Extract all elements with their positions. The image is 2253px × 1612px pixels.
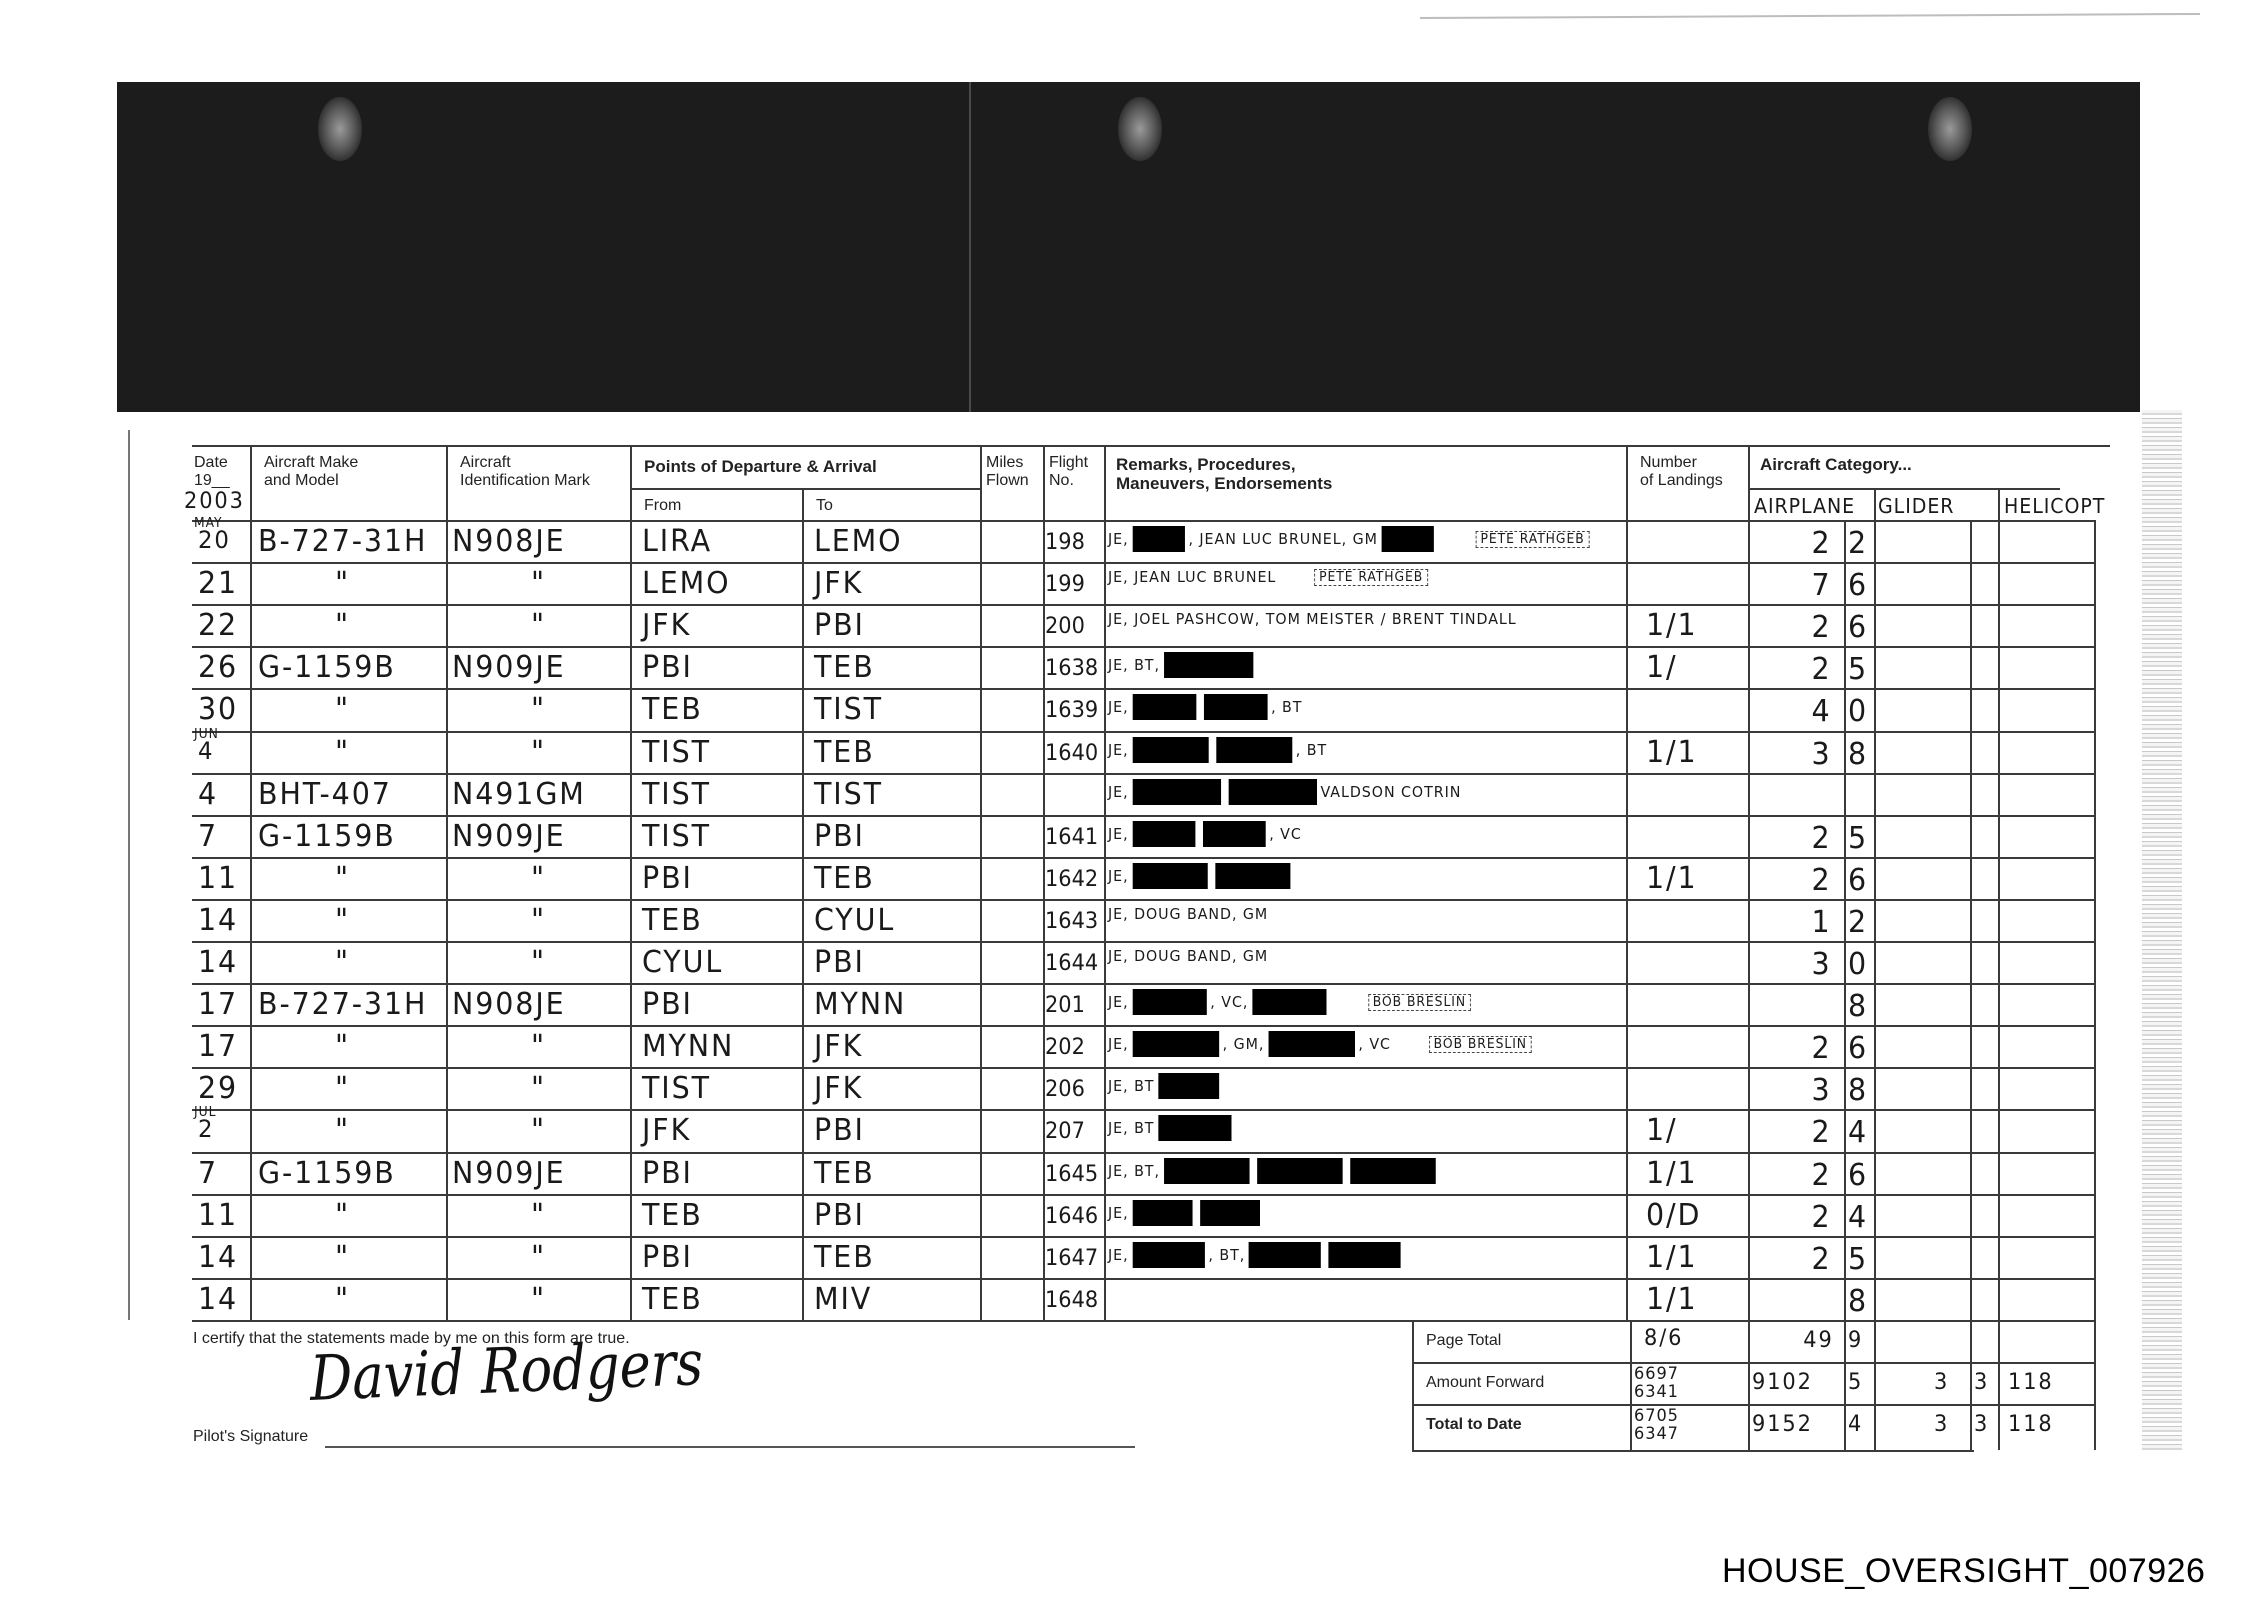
remarks-text: JE, <box>1108 825 1129 843</box>
row-ident: " <box>531 1282 546 1317</box>
header-miles: Miles <box>986 453 1023 472</box>
redaction-bar <box>1132 863 1207 889</box>
redaction-bar <box>1268 1031 1354 1057</box>
redaction-bar <box>1215 863 1290 889</box>
row-flight-number: 1642 <box>1045 867 1098 892</box>
remarks-text: JE, <box>1108 741 1129 759</box>
header-miles: Flown <box>986 471 1029 490</box>
totals-airplane-tenths: 4 <box>1848 1412 1863 1437</box>
row-date: 4 <box>198 777 218 812</box>
row-ident: N909JE <box>452 819 566 854</box>
redaction-bar <box>1132 1200 1192 1226</box>
row-ident: " <box>531 903 546 938</box>
column-divider <box>802 488 804 1320</box>
totals-glider-hours: 3 <box>1934 1370 1949 1395</box>
row-flight-number: 201 <box>1045 993 1085 1018</box>
row-airplane-tenths: 6 <box>1848 863 1868 898</box>
row-ident: N909JE <box>452 1156 566 1191</box>
redaction-bar <box>1132 989 1206 1015</box>
column-divider <box>1970 520 1972 1320</box>
row-remarks: JE,, BT, <box>1108 1242 1405 1268</box>
row-flight-number: 198 <box>1045 530 1085 555</box>
header-make: and Model <box>264 471 339 490</box>
row-divider <box>192 899 2094 901</box>
row-flight-number: 1644 <box>1045 951 1098 976</box>
remarks-text: JE, <box>1108 1035 1129 1053</box>
row-flight-number: 206 <box>1045 1077 1085 1102</box>
row-date: 2 <box>198 1115 214 1143</box>
redaction-bar <box>1200 1200 1260 1226</box>
year-value: 2003 <box>184 489 245 514</box>
row-date: 29 <box>198 1071 238 1106</box>
header-remarks: Maneuvers, Endorsements <box>1116 474 1332 493</box>
row-remarks: JE, <box>1108 1200 1263 1226</box>
row-to: TEB <box>814 1156 875 1191</box>
totals-divider <box>1874 1320 1876 1450</box>
row-from: TEB <box>642 692 703 727</box>
row-divider <box>192 1025 2094 1027</box>
row-from: TIST <box>642 777 711 812</box>
row-divider <box>192 941 2094 943</box>
scan-edge-line <box>1420 13 2200 19</box>
page-edge <box>128 430 130 1320</box>
row-airplane-hours: 2 <box>1748 1242 1832 1277</box>
redaction-bar <box>1350 1158 1436 1184</box>
header-flight: Flight <box>1049 453 1088 472</box>
row-landings: 0/D <box>1646 1198 1701 1233</box>
row-flight-number: 1643 <box>1045 909 1098 934</box>
row-divider <box>192 983 2094 985</box>
row-flight-number: 1647 <box>1045 1246 1098 1271</box>
row-from: PBI <box>642 987 693 1022</box>
header-landings: Number <box>1640 453 1697 472</box>
row-make: " <box>335 945 350 980</box>
row-airplane-tenths: 6 <box>1848 1031 1868 1066</box>
row-remarks: JE,, BT <box>1108 694 1302 720</box>
row-to: PBI <box>814 819 865 854</box>
header-points: Points of Departure & Arrival <box>644 457 877 476</box>
row-ident: N491GM <box>452 777 586 812</box>
row-from: MYNN <box>642 1029 734 1064</box>
row-airplane-hours: 2 <box>1748 526 1832 561</box>
row-to: TEB <box>814 1240 875 1275</box>
row-landings: 1/1 <box>1646 1156 1698 1191</box>
header-landings: of Landings <box>1640 471 1723 490</box>
header-remarks: Remarks, Procedures, <box>1116 455 1296 474</box>
row-to: JFK <box>814 1071 863 1106</box>
totals-glider-tenths: 3 <box>1974 1370 1989 1395</box>
row-make: " <box>335 1029 350 1064</box>
row-divider <box>192 773 2094 775</box>
row-from: CYUL <box>642 945 723 980</box>
totals-airplane-hours: 9102 <box>1752 1370 1834 1395</box>
signature-label: Pilot's Signature <box>193 1428 308 1446</box>
row-to: PBI <box>814 1113 865 1148</box>
row-flight-number: 1641 <box>1045 825 1098 850</box>
row-date: 26 <box>198 650 238 685</box>
row-airplane-hours: 2 <box>1748 1158 1832 1193</box>
row-remarks: JE, JEAN LUC BRUNELPETE RATHGEB <box>1108 568 1428 586</box>
row-flight-number: 1645 <box>1045 1162 1098 1187</box>
punch-hole-icon <box>1118 97 1162 161</box>
row-airplane-hours: 2 <box>1748 652 1832 687</box>
header-split <box>1748 488 2060 490</box>
punch-hole-icon <box>1928 97 1972 161</box>
row-ident: N908JE <box>452 987 566 1022</box>
totals-airplane-hours: 49 <box>1752 1328 1834 1353</box>
row-to: TEB <box>814 735 875 770</box>
header-date: Date <box>194 453 228 472</box>
row-ident: " <box>531 1029 546 1064</box>
row-airplane-tenths: 8 <box>1848 1284 1868 1319</box>
redaction-bar <box>1132 821 1195 847</box>
row-airplane-tenths: 2 <box>1848 905 1868 940</box>
row-remarks: JE,, BT <box>1108 737 1327 763</box>
row-divider <box>192 646 2094 648</box>
column-divider <box>1874 488 1876 1320</box>
row-from: TIST <box>642 1071 711 1106</box>
row-ident: " <box>531 945 546 980</box>
row-divider <box>192 1320 2094 1322</box>
remarks-text: JE, BT <box>1108 1119 1154 1137</box>
row-divider <box>192 731 2094 733</box>
row-make: " <box>335 1240 350 1275</box>
row-to: PBI <box>814 608 865 643</box>
row-date: 14 <box>198 903 238 938</box>
row-from: JFK <box>642 1113 691 1148</box>
remarks-text: , GM, <box>1223 1035 1265 1053</box>
row-divider <box>192 857 2094 859</box>
redaction-bar <box>1132 779 1220 805</box>
redaction-bar <box>1158 1115 1231 1141</box>
row-landings: 1/1 <box>1646 1240 1698 1275</box>
row-from: PBI <box>642 861 693 896</box>
row-to: JFK <box>814 566 863 601</box>
remarks-text: JE, <box>1108 867 1129 885</box>
row-flight-number: 1646 <box>1045 1204 1098 1229</box>
punch-hole-icon <box>318 97 362 161</box>
table-top-border <box>192 445 2110 447</box>
header-make: Aircraft Make <box>264 453 358 472</box>
row-ident: " <box>531 1198 546 1233</box>
row-divider <box>192 1236 2094 1238</box>
row-airplane-hours: 3 <box>1748 1073 1832 1108</box>
header-from: From <box>644 496 681 515</box>
totals-row-divider <box>1412 1362 2094 1364</box>
row-airplane-hours: 2 <box>1748 821 1832 856</box>
row-remarks: JE,, JEAN LUC BRUNEL, GMPETE RATHGEB <box>1108 526 1589 552</box>
row-make: " <box>335 1113 350 1148</box>
row-ident: " <box>531 1240 546 1275</box>
remarks-text: JE, JEAN LUC BRUNEL <box>1108 568 1276 586</box>
row-airplane-tenths: 4 <box>1848 1115 1868 1150</box>
row-divider <box>192 1109 2094 1111</box>
header-category: Aircraft Category... <box>1760 455 1912 474</box>
row-airplane-tenths: 8 <box>1848 737 1868 772</box>
redaction-bar <box>1204 694 1268 720</box>
row-airplane-tenths: 6 <box>1848 1158 1868 1193</box>
page-fold-line <box>969 82 971 412</box>
row-date: 14 <box>198 945 238 980</box>
row-make: " <box>335 608 350 643</box>
row-divider <box>192 562 2094 564</box>
row-remarks: JE, BT, <box>1108 1158 1439 1184</box>
row-flight-number: 207 <box>1045 1119 1085 1144</box>
row-remarks: JE,VALDSON COTRIN <box>1108 779 1461 805</box>
remarks-boxed-name: PETE RATHGEB <box>1476 531 1590 548</box>
totals-landings: 8/6 <box>1644 1326 1683 1351</box>
row-ident: " <box>531 608 546 643</box>
row-from: TIST <box>642 819 711 854</box>
row-landings: 1/ <box>1646 1113 1678 1148</box>
row-from: PBI <box>642 1156 693 1191</box>
row-make: " <box>335 566 350 601</box>
header-ident: Aircraft <box>460 453 511 472</box>
remarks-text: , VC <box>1269 825 1302 843</box>
row-date: 11 <box>198 1198 238 1233</box>
row-landings: 1/1 <box>1646 735 1698 770</box>
row-divider <box>192 1278 2094 1280</box>
row-make: BHT-407 <box>258 777 392 812</box>
row-from: PBI <box>642 650 693 685</box>
totals-glider-tenths: 3 <box>1974 1412 1989 1437</box>
row-date: 11 <box>198 861 238 896</box>
totals-landings: 6705 <box>1634 1406 1679 1426</box>
remarks-text: , BT, <box>1208 1246 1245 1264</box>
redaction-bar <box>1329 1242 1401 1268</box>
redaction-bar <box>1216 737 1292 763</box>
totals-divider <box>1970 1320 1972 1450</box>
row-divider <box>192 520 2094 522</box>
row-airplane-tenths: 2 <box>1848 526 1868 561</box>
row-to: PBI <box>814 1198 865 1233</box>
row-airplane-hours: 2 <box>1748 610 1832 645</box>
redaction-bar <box>1132 737 1208 763</box>
row-remarks: JE,, VC <box>1108 821 1302 847</box>
totals-divider <box>1630 1320 1632 1450</box>
row-remarks: JE, BT, <box>1108 652 1257 678</box>
totals-divider <box>1748 1320 1750 1450</box>
row-date: 14 <box>198 1240 238 1275</box>
redaction-bar <box>1203 821 1266 847</box>
remarks-text: JE, <box>1108 993 1129 1011</box>
row-remarks: JE, <box>1108 863 1294 889</box>
redaction-bar <box>1132 1242 1204 1268</box>
row-make: " <box>335 692 350 727</box>
row-divider <box>192 1152 2094 1154</box>
column-divider <box>1626 445 1628 1320</box>
row-ident: " <box>531 735 546 770</box>
row-make: " <box>335 903 350 938</box>
remarks-boxed-name: BOB BRESLIN <box>1429 1036 1532 1053</box>
header-ident: Identification Mark <box>460 471 590 490</box>
remarks-text: JE, <box>1108 1204 1129 1222</box>
row-date: 20 <box>198 526 231 554</box>
row-date: 7 <box>198 819 218 854</box>
row-remarks: JE, DOUG BAND, GM <box>1108 905 1268 923</box>
bates-number: HOUSE_OVERSIGHT_007926 <box>1722 1552 2205 1591</box>
row-remarks: JE, DOUG BAND, GM <box>1108 947 1268 965</box>
row-date: 14 <box>198 1282 238 1317</box>
totals-row-divider <box>1412 1404 2094 1406</box>
totals-helicopter: 118 <box>2008 1370 2054 1395</box>
totals-airplane-tenths: 9 <box>1848 1328 1863 1353</box>
row-to: TEB <box>814 861 875 896</box>
redaction-bar <box>1382 526 1434 552</box>
row-airplane-hours: 2 <box>1748 1031 1832 1066</box>
column-divider <box>250 445 252 1320</box>
totals-landings: 6341 <box>1634 1382 1679 1402</box>
row-from: LIRA <box>642 524 712 559</box>
row-date: 4 <box>198 737 214 765</box>
row-divider <box>192 1067 2094 1069</box>
row-from: PBI <box>642 1240 693 1275</box>
column-divider <box>1844 520 1846 1320</box>
row-make: " <box>335 861 350 896</box>
row-ident: " <box>531 1113 546 1148</box>
header-split <box>630 488 980 490</box>
row-flight-number: 1640 <box>1045 741 1098 766</box>
totals-border <box>1412 1320 1414 1450</box>
row-airplane-tenths: 8 <box>1848 989 1868 1024</box>
totals-landings: 6347 <box>1634 1424 1679 1444</box>
remarks-text: , BT <box>1296 741 1327 759</box>
column-divider <box>1104 445 1106 1320</box>
row-ident: " <box>531 1071 546 1106</box>
row-make: B-727-31H <box>258 987 427 1022</box>
row-airplane-tenths: 5 <box>1848 1242 1868 1277</box>
row-make: G-1159B <box>258 819 396 854</box>
remarks-text: JE, BT, <box>1108 656 1160 674</box>
remarks-text: JE, <box>1108 1246 1129 1264</box>
category-glider: GLIDER <box>1878 494 1954 518</box>
row-from: TEB <box>642 1282 703 1317</box>
row-from: JFK <box>642 608 691 643</box>
remarks-text: JE, DOUG BAND, GM <box>1108 905 1268 923</box>
row-to: TEB <box>814 650 875 685</box>
row-airplane-hours: 2 <box>1748 1200 1832 1235</box>
redaction-bar <box>1257 1158 1343 1184</box>
row-remarks: JE,, VC,BOB BRESLIN <box>1108 989 1471 1015</box>
remarks-text: JE, BT, <box>1108 1162 1160 1180</box>
row-to: TIST <box>814 692 883 727</box>
row-ident: N909JE <box>452 650 566 685</box>
remarks-text: JE, <box>1108 783 1129 801</box>
row-ident: " <box>531 566 546 601</box>
totals-label: Page Total <box>1426 1332 1501 1350</box>
row-to: TIST <box>814 777 883 812</box>
redaction-bar <box>1252 989 1326 1015</box>
row-remarks: JE,, GM,, VCBOB BRESLIN <box>1108 1031 1532 1057</box>
row-make: " <box>335 735 350 770</box>
remarks-text: JE, <box>1108 698 1129 716</box>
row-date: 17 <box>198 987 238 1022</box>
row-airplane-hours: 2 <box>1748 863 1832 898</box>
row-airplane-hours: 2 <box>1748 1115 1832 1150</box>
row-date: 17 <box>198 1029 238 1064</box>
totals-label: Amount Forward <box>1426 1374 1544 1392</box>
row-landings: 1/ <box>1646 650 1678 685</box>
row-make: " <box>335 1198 350 1233</box>
row-to: LEMO <box>814 524 903 559</box>
remarks-text: JE, JOEL PASHCOW, TOM MEISTER / BRENT TI… <box>1108 610 1517 628</box>
redaction-bar <box>1132 694 1196 720</box>
row-remarks: JE, BT <box>1108 1073 1223 1099</box>
row-make: B-727-31H <box>258 524 427 559</box>
row-flight-number: 1648 <box>1045 1288 1098 1313</box>
row-make: G-1159B <box>258 1156 396 1191</box>
row-flight-number: 199 <box>1045 572 1085 597</box>
row-airplane-tenths: 6 <box>1848 568 1868 603</box>
category-helicopter: HELICOPT <box>2004 494 2105 518</box>
totals-helicopter: 118 <box>2008 1412 2054 1437</box>
remarks-text: , JEAN LUC BRUNEL, GM <box>1188 530 1377 548</box>
remarks-text: , BT <box>1271 698 1302 716</box>
row-date: 21 <box>198 566 238 601</box>
column-divider <box>446 445 448 1320</box>
column-divider <box>2094 520 2096 1320</box>
row-from: TEB <box>642 1198 703 1233</box>
totals-row-divider <box>1412 1450 1974 1452</box>
totals-divider <box>1844 1320 1846 1450</box>
row-divider <box>192 604 2094 606</box>
row-date: 30 <box>198 692 238 727</box>
header-flight: No. <box>1049 471 1074 490</box>
totals-landings: 6697 <box>1634 1364 1679 1384</box>
redaction-bar <box>1132 526 1184 552</box>
row-airplane-hours: 3 <box>1748 947 1832 982</box>
row-landings: 1/1 <box>1646 1282 1698 1317</box>
row-remarks: JE, JOEL PASHCOW, TOM MEISTER / BRENT TI… <box>1108 610 1517 628</box>
column-divider <box>630 445 632 1320</box>
row-landings: 1/1 <box>1646 861 1698 896</box>
redaction-bar <box>1158 1073 1219 1099</box>
row-to: CYUL <box>814 903 895 938</box>
scan-noise <box>2142 410 2182 1450</box>
row-airplane-hours: 1 <box>1748 905 1832 940</box>
redaction-bar <box>1132 1031 1218 1057</box>
row-airplane-hours: 3 <box>1748 737 1832 772</box>
remarks-text: , VC <box>1358 1035 1391 1053</box>
redaction-bar <box>1164 1158 1250 1184</box>
remarks-boxed-name: BOB BRESLIN <box>1368 994 1471 1011</box>
row-from: TIST <box>642 735 711 770</box>
row-to: MYNN <box>814 987 906 1022</box>
row-from: TEB <box>642 903 703 938</box>
row-landings: 1/1 <box>1646 608 1698 643</box>
remarks-text: JE, BT <box>1108 1077 1154 1095</box>
column-divider <box>1998 488 2000 1320</box>
row-make: G-1159B <box>258 650 396 685</box>
totals-glider-hours: 3 <box>1934 1412 1949 1437</box>
category-airplane: AIRPLANE <box>1754 494 1855 518</box>
row-airplane-tenths: 5 <box>1848 821 1868 856</box>
row-airplane-hours: 4 <box>1748 694 1832 729</box>
row-remarks: JE, BT <box>1108 1115 1235 1141</box>
row-flight-number: 1639 <box>1045 698 1098 723</box>
row-airplane-tenths: 0 <box>1848 947 1868 982</box>
column-divider <box>980 445 982 1320</box>
totals-label: Total to Date <box>1426 1416 1522 1434</box>
row-flight-number: 1638 <box>1045 656 1098 681</box>
row-airplane-tenths: 8 <box>1848 1073 1868 1108</box>
totals-airplane-hours: 9152 <box>1752 1412 1834 1437</box>
redaction-bar <box>1228 779 1316 805</box>
row-flight-number: 200 <box>1045 614 1085 639</box>
header-to: To <box>816 496 833 515</box>
row-to: JFK <box>814 1029 863 1064</box>
row-make: " <box>335 1282 350 1317</box>
